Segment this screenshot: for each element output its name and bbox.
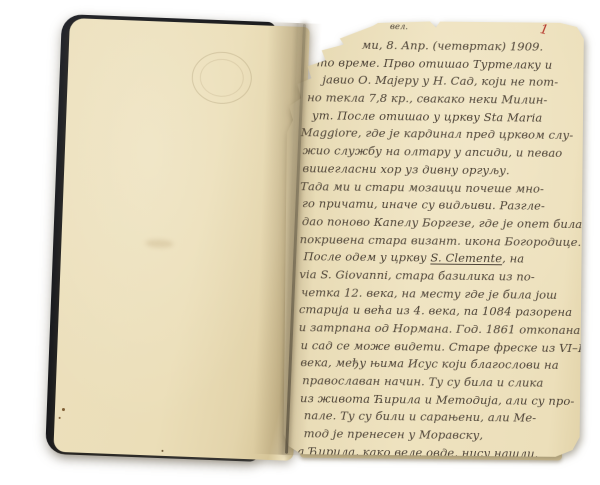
manuscript-line: ми, 8. Апр. (четвртак) 1909.: [362, 37, 580, 57]
paper-speck: [59, 417, 61, 419]
embossed-stamp: [191, 51, 253, 105]
paper-speck: [161, 450, 163, 452]
manuscript-text: ми, 8. Апр. (четвртак) 1909. то време. П…: [295, 36, 579, 463]
underlined-church-name: S. Clemente: [430, 251, 502, 266]
paper-speck: [62, 408, 65, 411]
paper-smudge: [145, 239, 173, 248]
line-text: , на: [502, 252, 524, 266]
manuscript-line: дао поново Капелу Боргезе, где је опет б…: [302, 213, 578, 234]
manuscript-line: а Ћирила, како веле овде, нису нашли.: [297, 443, 575, 464]
page-number: 1: [539, 23, 550, 38]
left-blank-page: [53, 18, 309, 461]
notebook-scan: 1 вел. ми, 8. Апр. (четвртак) 1909. то в…: [0, 0, 600, 485]
line-text: После одем у цркву: [303, 249, 430, 264]
torn-paper-sheet: 1 вел. ми, 8. Апр. (четвртак) 1909. то в…: [283, 20, 584, 457]
manuscript-line: вишегласни хор уз дивну оргуљу.: [302, 160, 578, 181]
insertion-note: вел.: [390, 22, 408, 32]
right-manuscript-page: 1 вел. ми, 8. Апр. (четвртак) 1909. то в…: [283, 20, 584, 457]
